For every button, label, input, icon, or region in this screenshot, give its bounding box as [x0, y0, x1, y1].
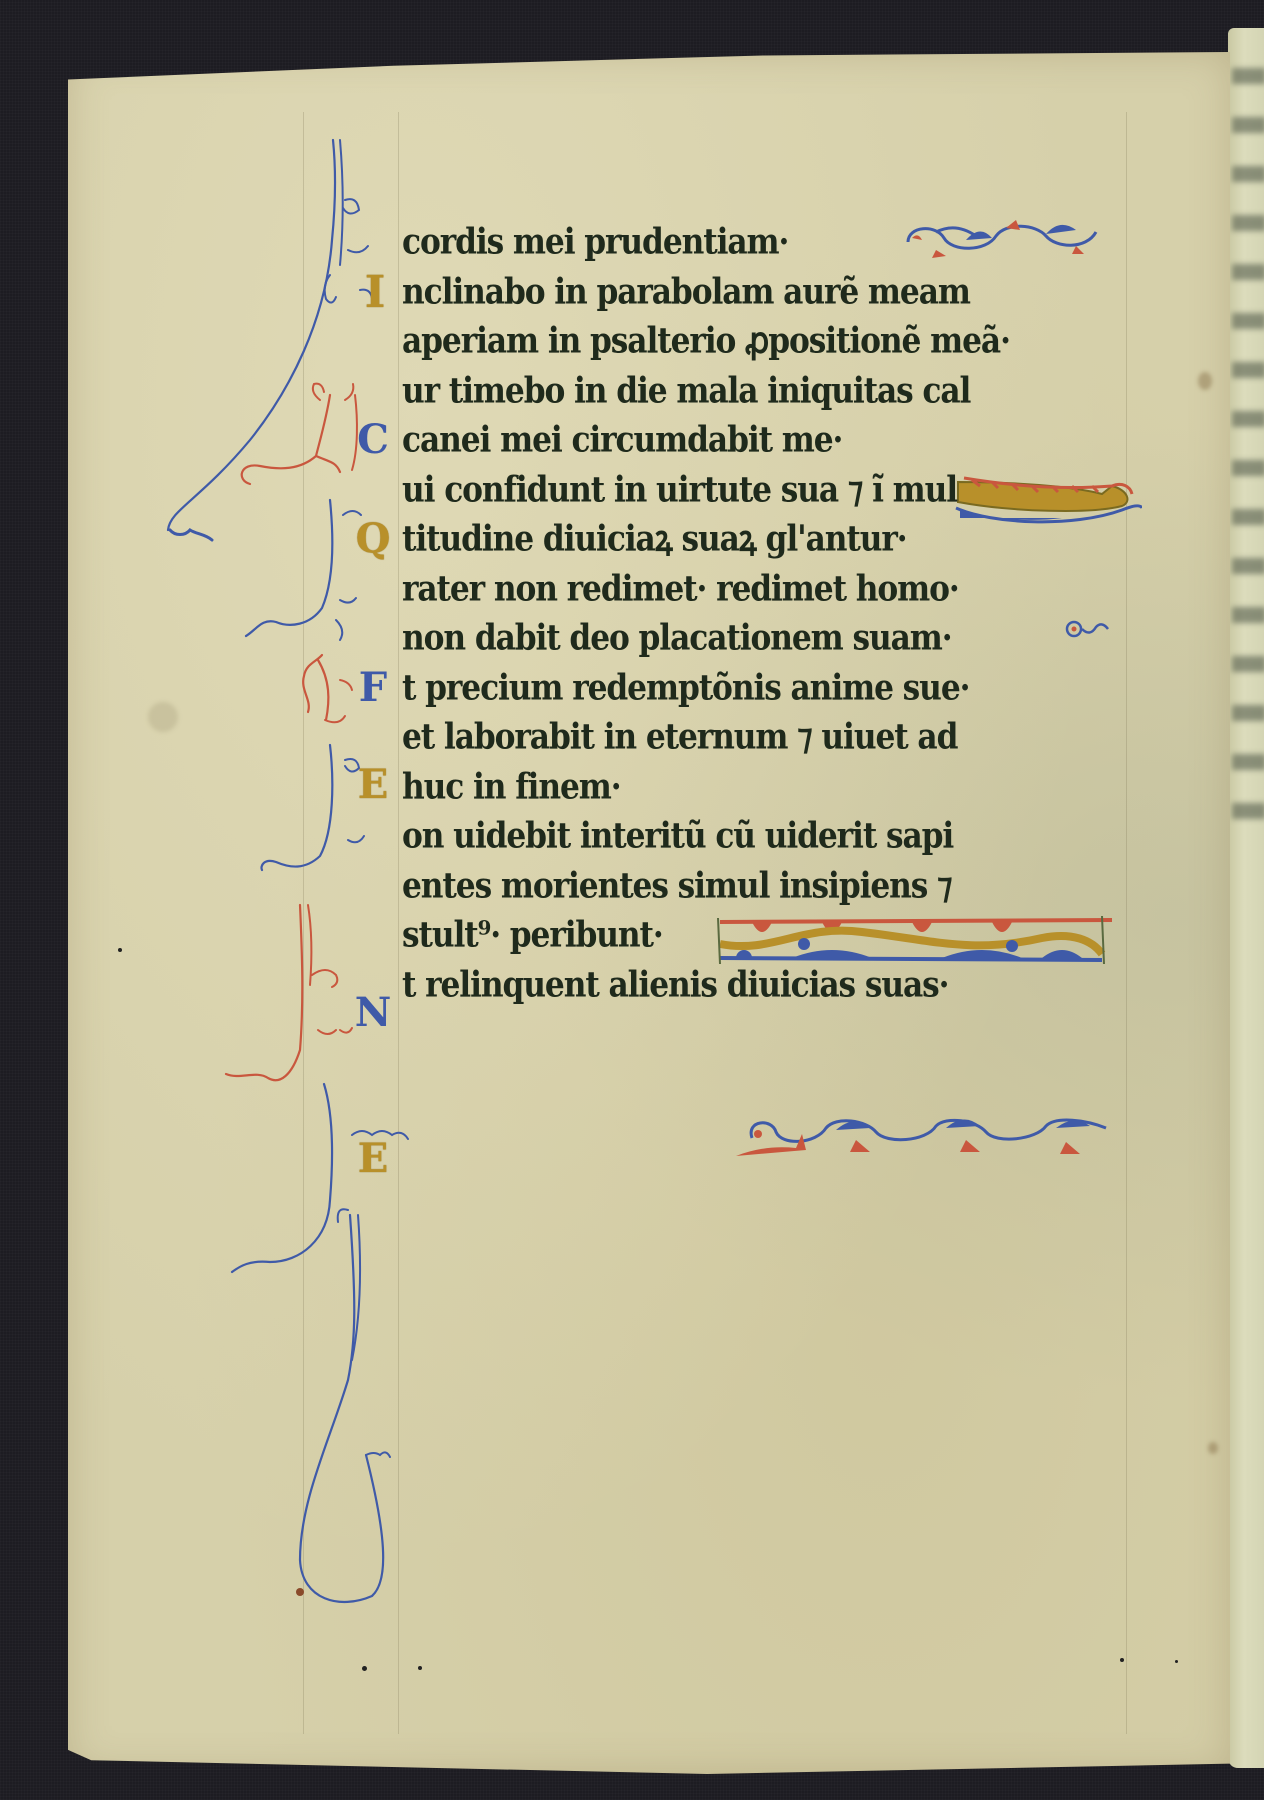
- text-line: t relinquent alienis diuicias suas·: [402, 959, 1064, 1011]
- pricking-hole: [362, 1666, 367, 1671]
- text-line: ur timebo in die mala iniquitas cal: [402, 365, 1064, 417]
- text-line: huc in finem·: [402, 761, 1064, 813]
- text-line: nclinabo in parabolam aurẽ meam: [402, 266, 1064, 318]
- text-line: ui confidunt in uirtute sua ⁊ ĩ mul: [402, 464, 1064, 516]
- text-line: non dabit deo placationem suam·: [402, 613, 1064, 665]
- text-block: cordis mei prudentiam· nclinabo in parab…: [402, 218, 1122, 1010]
- text-line: on uidebit interitũ cũ uiderit sapi: [402, 811, 1064, 863]
- text-line: canei mei circumdabit me·: [402, 415, 1064, 467]
- text-line: aperiam in psalterio ꝓpositionẽ meã·: [402, 316, 1064, 368]
- line-filler-scroll-bottom: [736, 1112, 1116, 1164]
- text-line: et laborabit in eternum ⁊ uiuet ad: [402, 712, 1064, 764]
- initial-Q: Q: [350, 516, 396, 562]
- pricking-hole: [1120, 1658, 1124, 1662]
- initial-E: E: [350, 762, 396, 808]
- text-line: stult⁹· peribunt·: [402, 910, 1064, 962]
- pricking-hole: [418, 1666, 422, 1670]
- initial-C: C: [350, 417, 396, 463]
- text-line: t precium redemptõnis anime sue·: [402, 662, 1064, 714]
- text-line: entes morientes simul insipiens ⁊: [402, 860, 1064, 912]
- pricking-hole: [1175, 1660, 1178, 1663]
- initial-F: F: [350, 665, 396, 711]
- initial-I: I: [352, 270, 398, 316]
- initial-E-final: E: [350, 1136, 396, 1182]
- text-line: cordis mei prudentiam·: [402, 217, 1064, 269]
- text-line: titudine diuiciaꝝ suaꝝ gl'antur·: [402, 514, 1064, 566]
- initial-N: N: [350, 990, 396, 1036]
- pricking-hole: [118, 948, 122, 952]
- text-line: rater non redimet· redimet homo·: [402, 563, 1064, 615]
